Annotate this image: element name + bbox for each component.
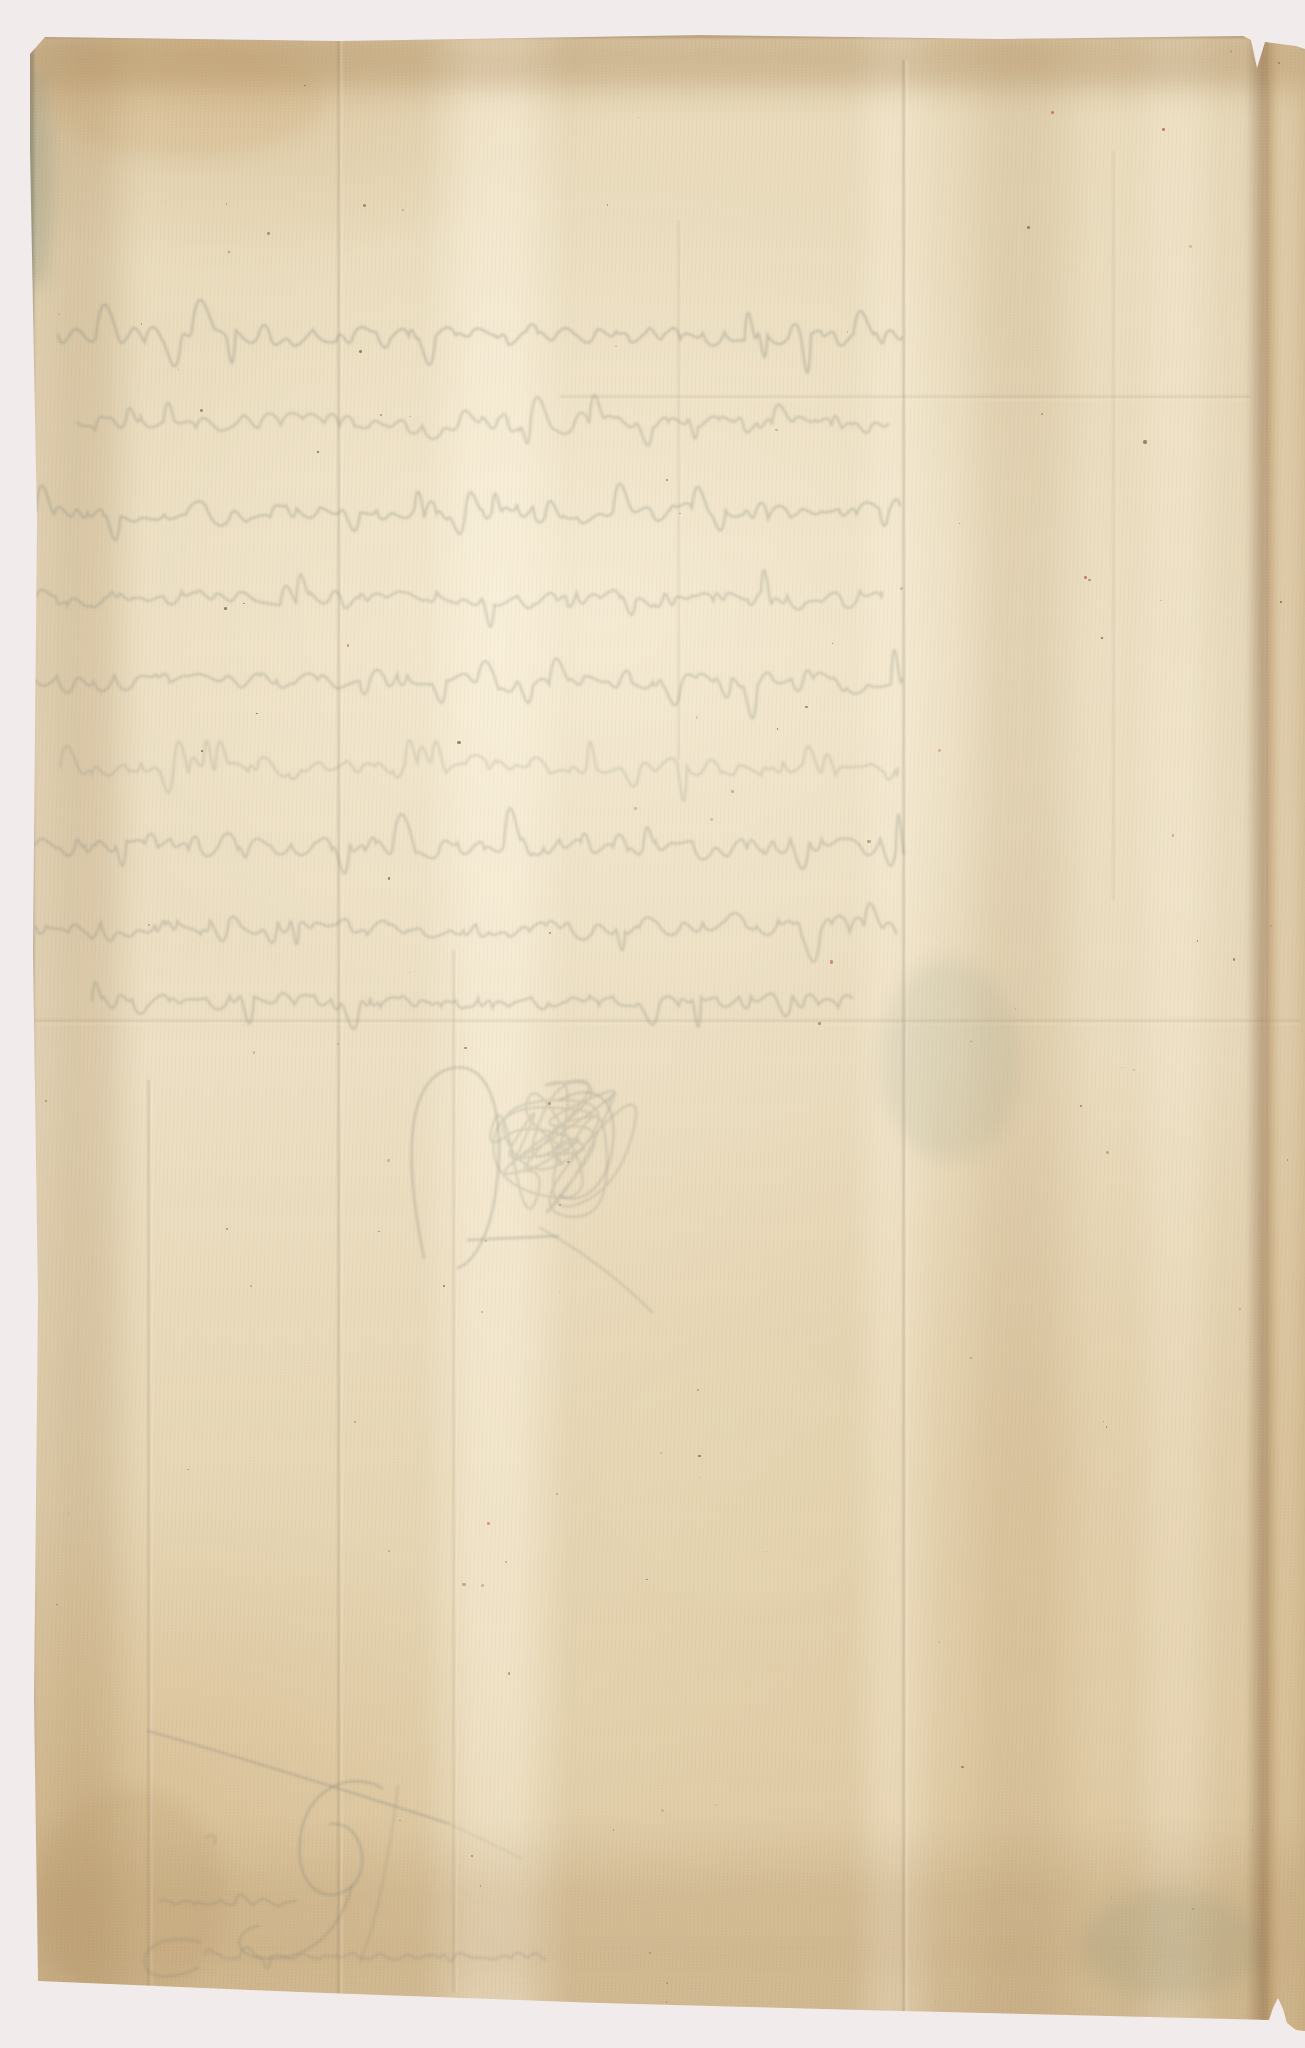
paper-grain-texture [0,0,1305,2048]
left-edge-shadow [28,40,34,1984]
paper-sheet [0,0,1305,2048]
document-scan [0,0,1305,2048]
